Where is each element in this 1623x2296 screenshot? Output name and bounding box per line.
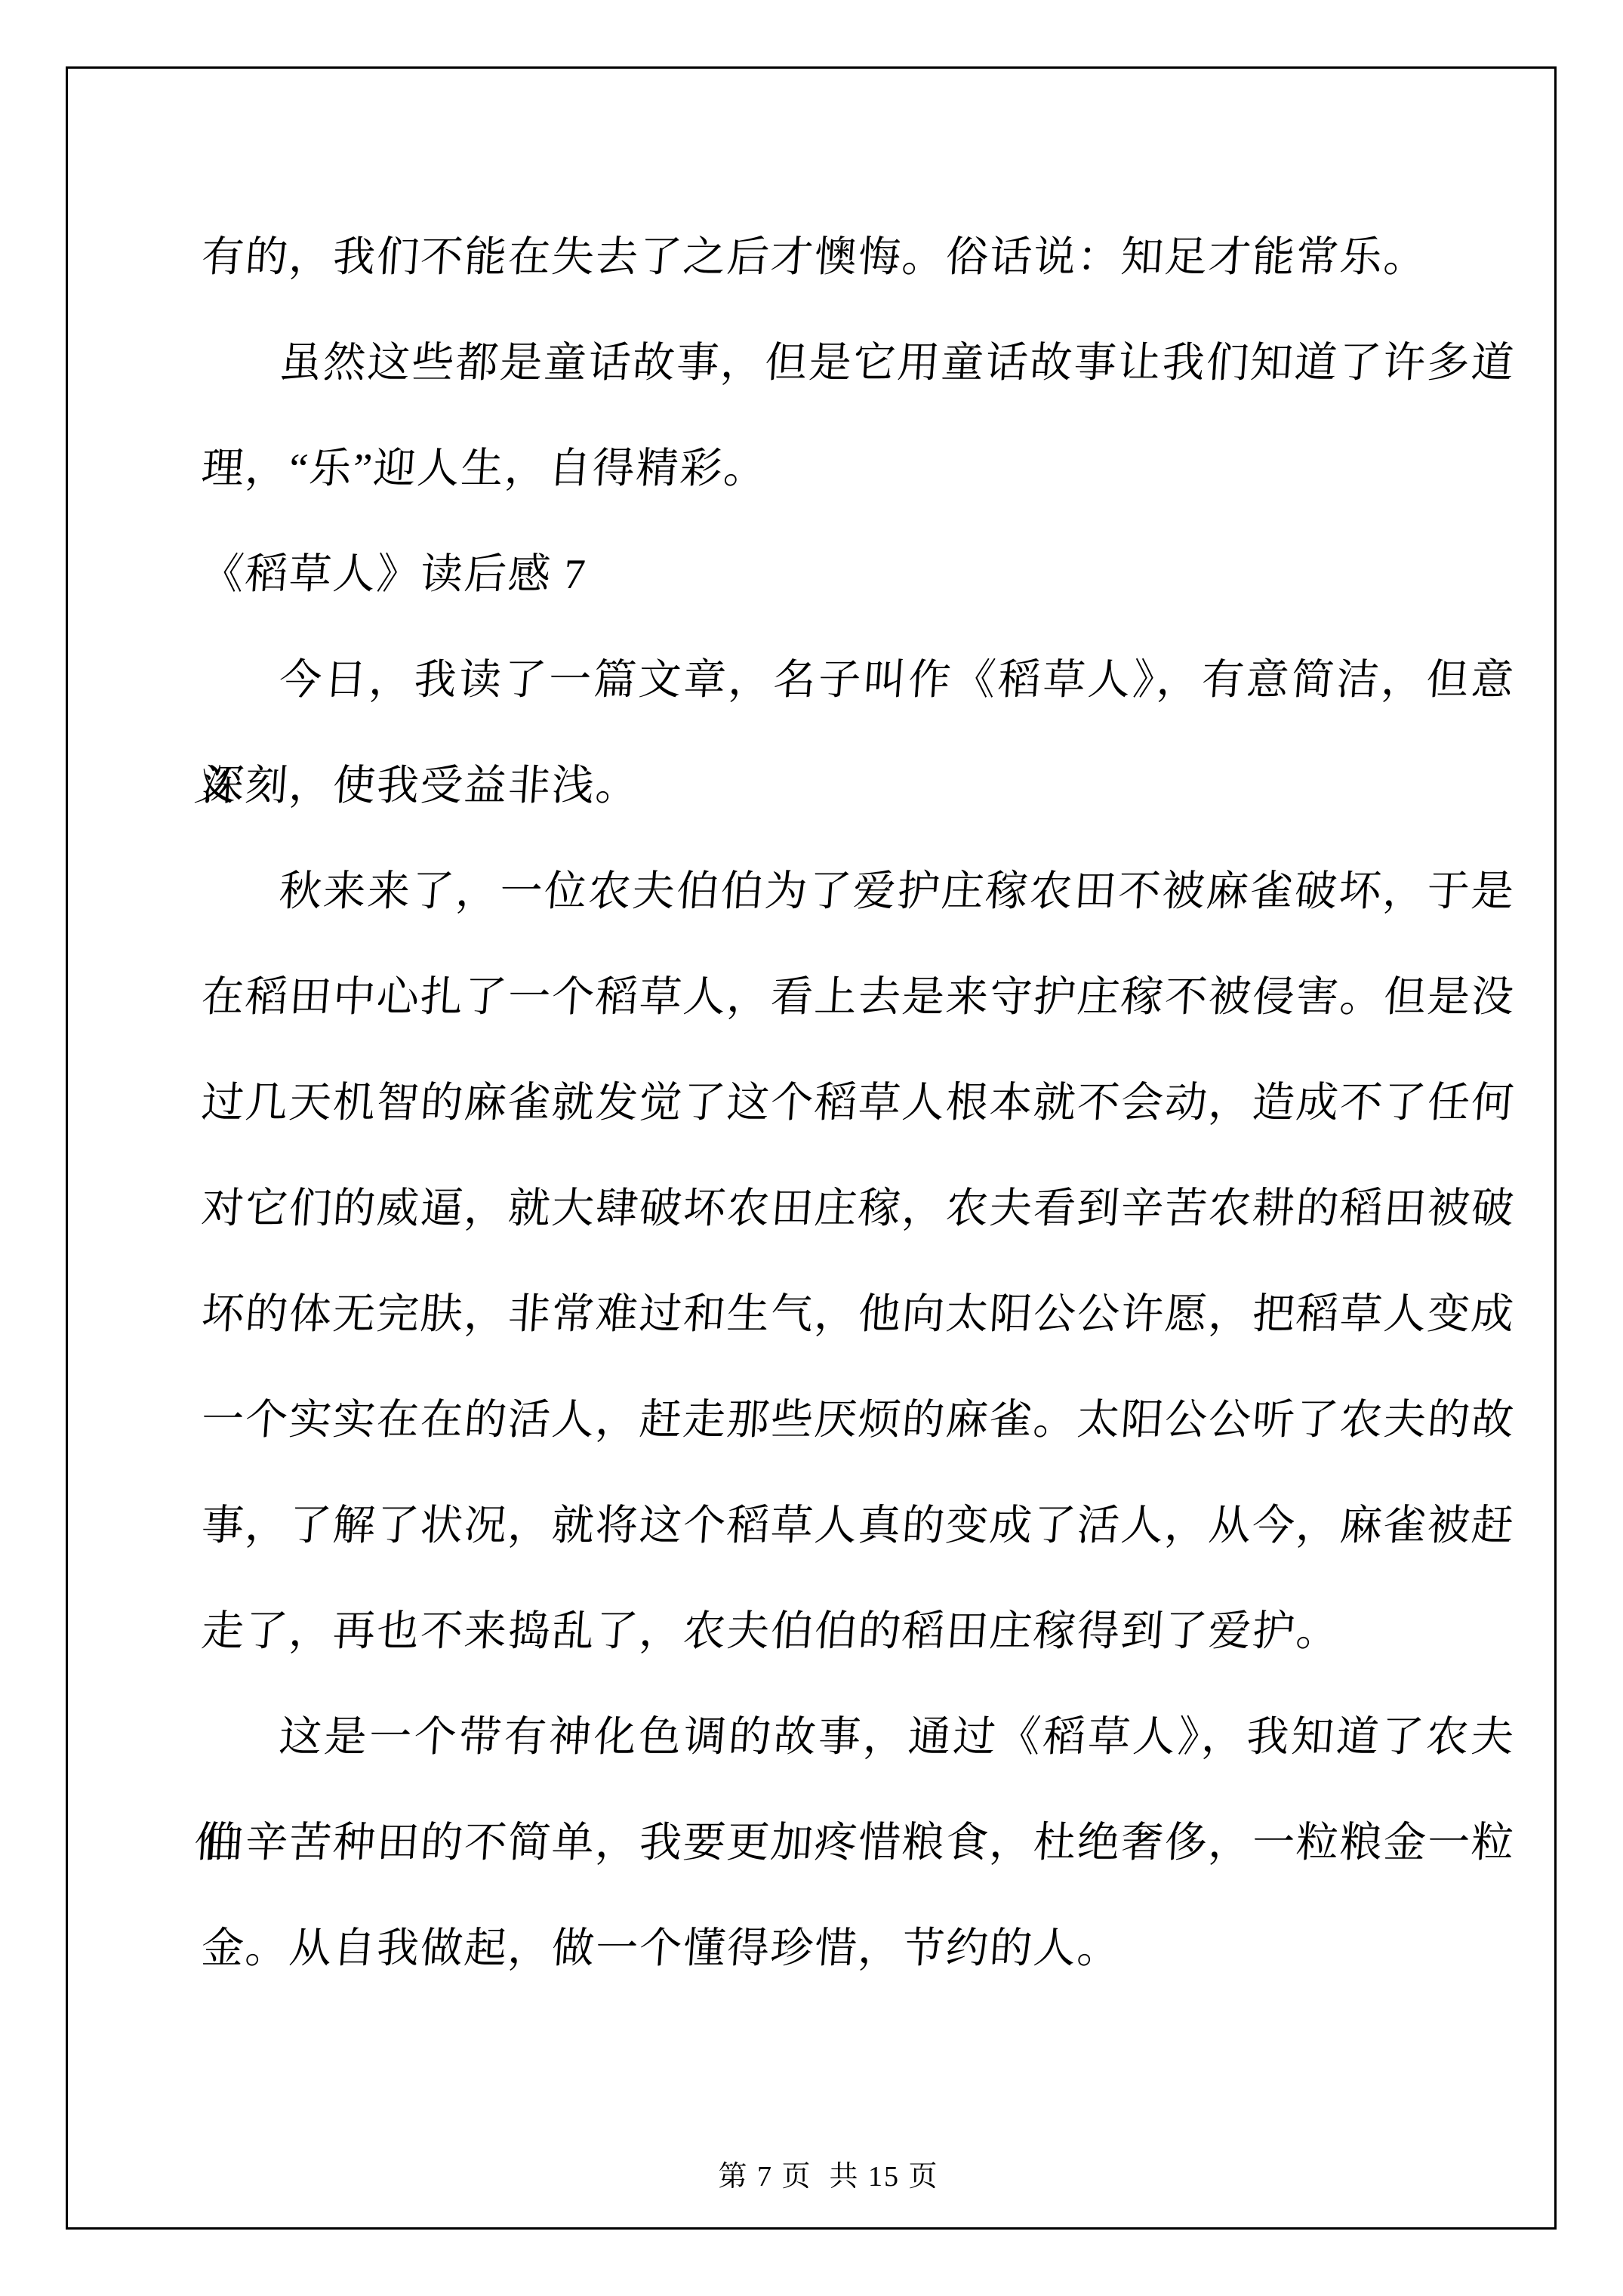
text-line: 事，了解了状况，就将这个稻草人真的变成了活人，从今，麻雀被赶 <box>198 1473 1519 1579</box>
page-footer: 第 7 页 共 15 页 <box>68 2127 1554 2227</box>
text-line: 今日，我读了一篇文章，名子叫作《稻草人》，有意简洁，但意义 <box>198 627 1519 733</box>
text-line: 在稻田中心扎了一个稻草人，看上去是来守护庄稼不被侵害。但是没 <box>198 945 1519 1050</box>
text-line: 虽然这些都是童话故事，但是它用童话故事让我们知道了许多道 <box>198 310 1519 416</box>
text-line: 秋来来了，一位农夫伯伯为了爱护庄稼农田不被麻雀破坏，于是 <box>198 839 1519 945</box>
text-line: 这是一个带有神化色调的故事，通过《稻草人》，我知道了农夫伯 <box>198 1684 1519 1790</box>
text-line: 有的，我们不能在失去了之后才懊悔。俗话说：知足才能常乐。 <box>198 205 1519 310</box>
text-line: 坏的体无完肤，非常难过和生气，他向太阳公公许愿，把稻草人变成 <box>198 1262 1519 1367</box>
text-body: 有的，我们不能在失去了之后才懊悔。俗话说：知足才能常乐。虽然这些都是童话故事，但… <box>200 205 1514 2002</box>
page-number: 第 7 页 共 15 页 <box>718 2161 938 2193</box>
text-line: 金。从自我做起，做一个懂得珍惜，节约的人。 <box>198 1896 1519 2002</box>
text-line: 对它们的威逼，就大肆破坏农田庄稼，农夫看到辛苦农耕的稻田被破 <box>198 1156 1519 1262</box>
section-heading: 《稻草人》读后感 7 <box>198 522 1519 627</box>
text-line: 深刻，使我受益非浅。 <box>198 733 1519 839</box>
text-line: 伯辛苦种田的不简单，我要更加疼惜粮食，杜绝奢侈，一粒粮金一粒 <box>198 1790 1519 1896</box>
text-line: 理，“乐”迎人生，自得精彩。 <box>198 416 1519 522</box>
text-line: 一个实实在在的活人，赶走那些厌烦的麻雀。太阳公公听了农夫的故 <box>198 1367 1519 1473</box>
text-line: 走了，再也不来捣乱了，农夫伯伯的稻田庄稼得到了爱护。 <box>198 1579 1519 1684</box>
page-border: 有的，我们不能在失去了之后才懊悔。俗话说：知足才能常乐。虽然这些都是童话故事，但… <box>66 66 1557 2230</box>
text-line: 过几天机智的麻雀就发觉了这个稻草人根本就不会动，造成不了任何 <box>198 1050 1519 1156</box>
